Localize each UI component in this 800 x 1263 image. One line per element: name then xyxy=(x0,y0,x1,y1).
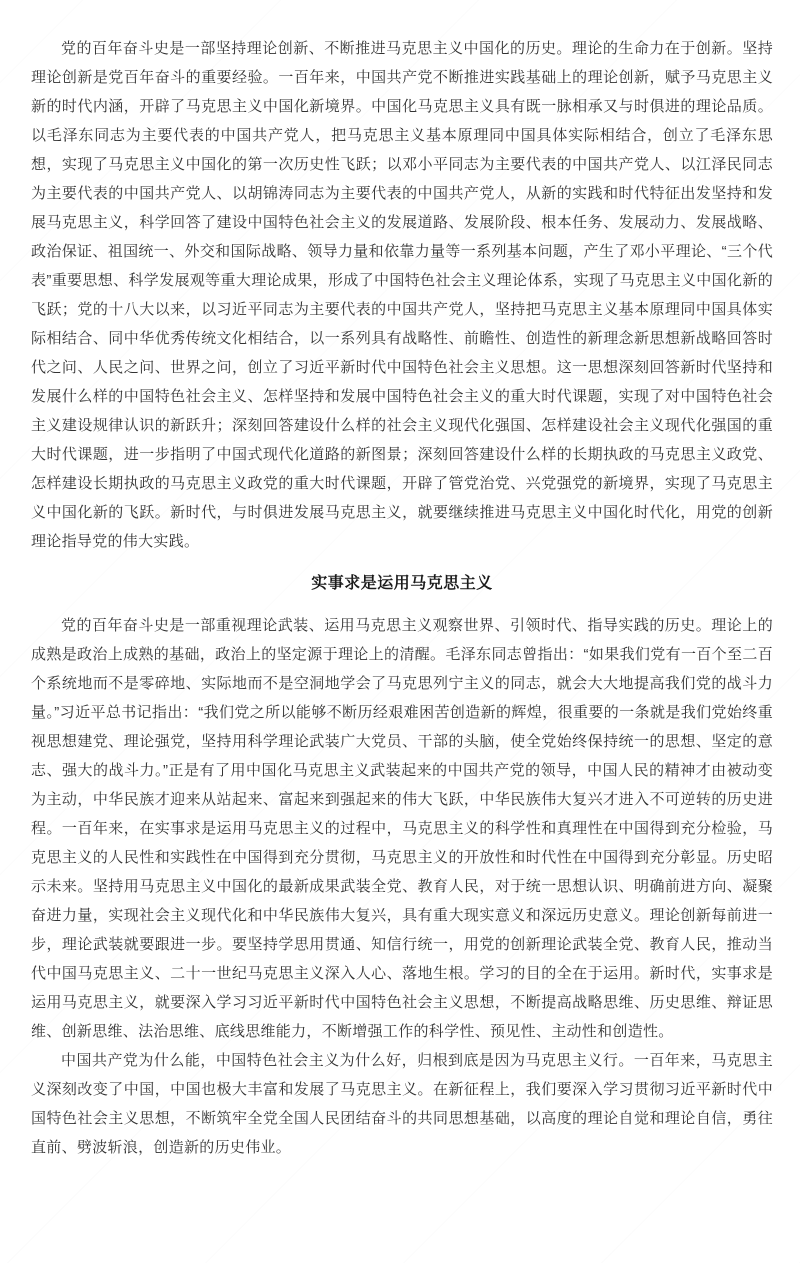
document-content: 党的百年奋斗史是一部坚持理论创新、不断推进马克思主义中国化的历史。理论的生命力在… xyxy=(0,0,800,1162)
paragraph-conclusion: 中国共产党为什么能，中国特色社会主义为什么好，归根到底是因为马克思主义行。一百年… xyxy=(31,1046,773,1162)
section-heading: 实事求是运用马克思主义 xyxy=(31,569,773,598)
document-page: 党的百年奋斗史是一部坚持理论创新、不断推进马克思主义中国化的历史。理论的生命力在… xyxy=(0,0,800,1263)
paragraph-applying-marxism: 党的百年奋斗史是一部重视理论武装、运用马克思主义观察世界、引领时代、指导实践的历… xyxy=(31,611,773,1046)
paragraph-theory-innovation: 党的百年奋斗史是一部坚持理论创新、不断推进马克思主义中国化的历史。理论的生命力在… xyxy=(31,34,773,556)
